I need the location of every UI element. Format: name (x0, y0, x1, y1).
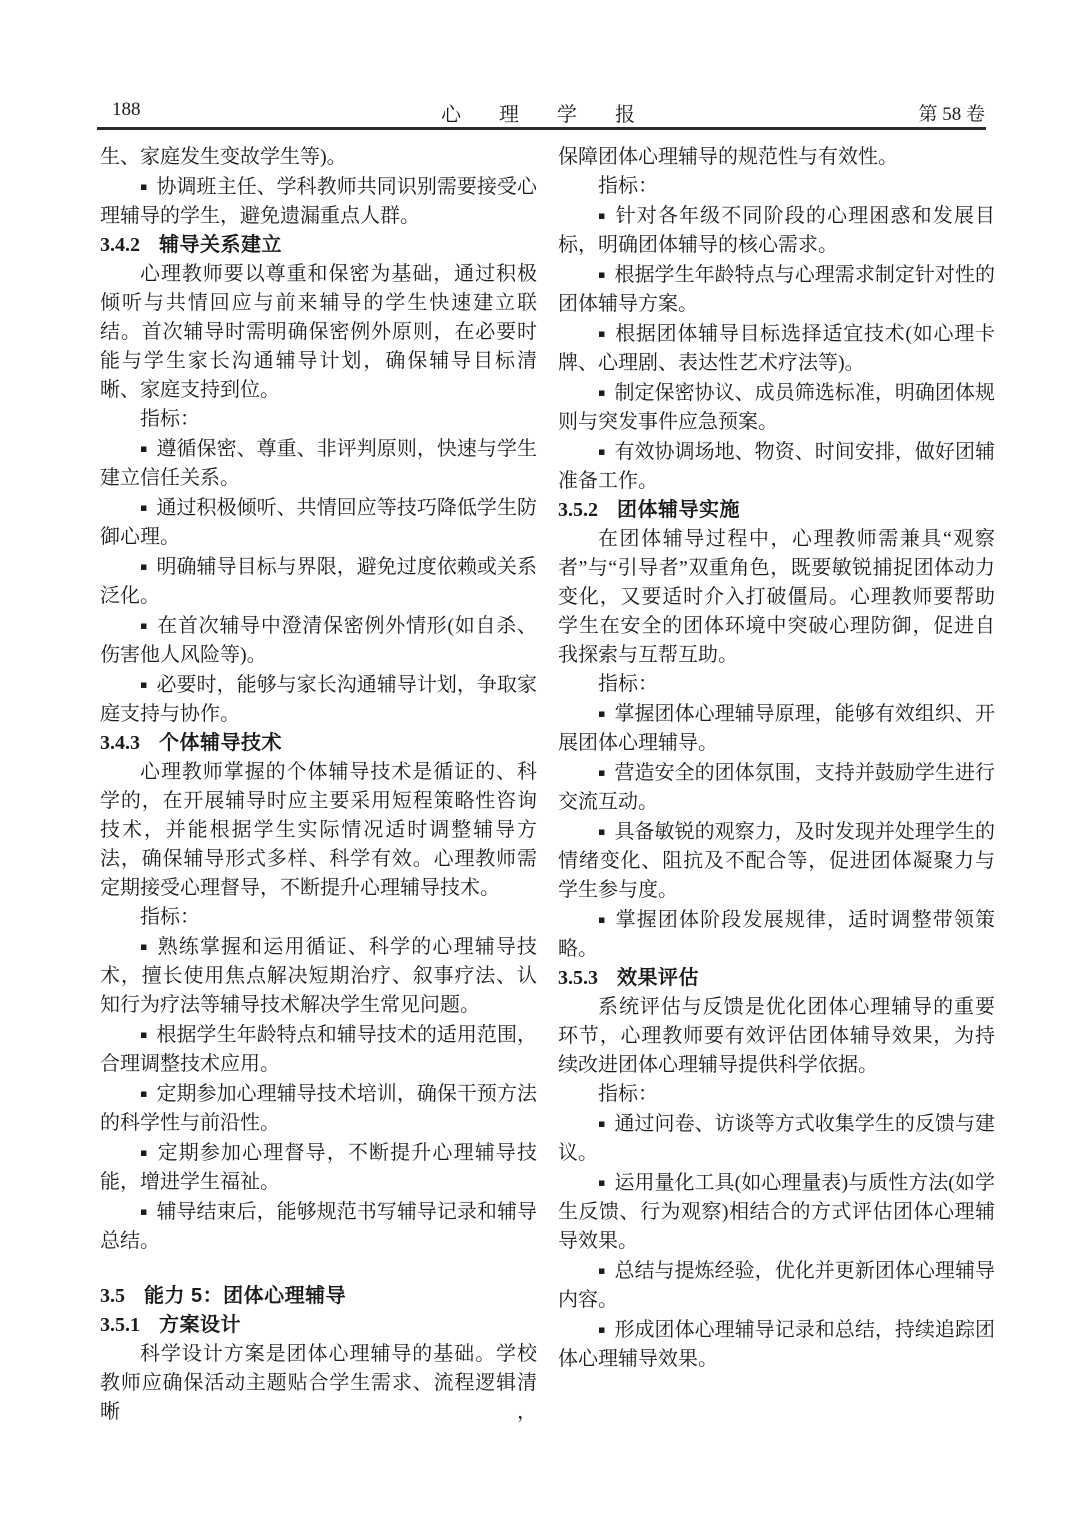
paragraph: 心理教师要以尊重和保密为基础，通过积极倾听与共情回应与前来辅导的学生快速建立联结… (100, 260, 537, 405)
bullet-item: ▪根据学生年龄特点和辅导技术的适用范围，合理调整技术应用。 (100, 1020, 537, 1079)
bullet-icon: ▪ (598, 268, 605, 281)
heading-number: 3.5.2 (558, 499, 598, 521)
bullet-item: ▪通过积极倾听、共情回应等技巧降低学生防御心理。 (100, 493, 537, 552)
bullet-item: ▪明确辅导目标与界限，避免过度依赖或关系泛化。 (100, 552, 537, 611)
journal-title: 心 理 学 报 (441, 98, 644, 127)
bullet-text: 必要时，能够与家长沟通辅导计划，争取家庭支持与协作。 (100, 674, 537, 725)
bullet-icon: ▪ (598, 386, 605, 399)
bullet-item: ▪根据学生年龄特点与心理需求制定针对性的团体辅导方案。 (558, 260, 995, 319)
bullet-text: 掌握团体阶段发展规律，适时调整带领策略。 (558, 909, 995, 960)
bullet-item: ▪针对各年级不同阶段的心理困惑和发展目标，明确团体辅导的核心需求。 (558, 201, 995, 260)
bullet-icon: ▪ (598, 766, 605, 779)
bullet-item: ▪通过问卷、访谈等方式收集学生的反馈与建议。 (558, 1109, 995, 1168)
continuation-paragraph: 生、家庭发生变故学生等)。 (100, 143, 537, 172)
bullet-text: 运用量化工具(如心理量表)与质性方法(如学生反馈、行为观察)相结合的方式评估团体… (558, 1172, 995, 1252)
subsection-heading: 3.5.1方案设计 (100, 1311, 537, 1340)
text-run: 指标： (140, 906, 200, 928)
bullet-icon: ▪ (140, 940, 149, 953)
bullet-text: 根据学生年龄特点和辅导技术的适用范围，合理调整技术应用。 (100, 1024, 537, 1075)
bullet-text: 明确辅导目标与界限，避免过度依赖或关系泛化。 (100, 556, 537, 607)
bullet-item: ▪在首次辅导中澄清保密例外情形(如自杀、伤害他人风险等)。 (100, 611, 537, 670)
bullet-item: ▪根据团体辅导目标选择适宜技术(如心理卡牌、心理剧、表达性艺术疗法等)。 (558, 319, 995, 378)
bullet-icon: ▪ (598, 1117, 605, 1130)
bullet-text: 根据团体辅导目标选择适宜技术(如心理卡牌、心理剧、表达性艺术疗法等)。 (558, 323, 995, 374)
bullet-item: ▪营造安全的团体氛围，支持并鼓励学生进行交流互动。 (558, 758, 995, 817)
bullet-text: 通过问卷、访谈等方式收集学生的反馈与建议。 (558, 1113, 995, 1164)
bullet-item: ▪掌握团体心理辅导原理，能够有效组织、开展团体心理辅导。 (558, 699, 995, 758)
subsection-heading: 3.5.3效果评估 (558, 964, 995, 993)
bullet-icon: ▪ (598, 1176, 605, 1189)
heading-number: 3.5.3 (558, 967, 598, 989)
subsection-heading: 3.4.2辅导关系建立 (100, 231, 537, 260)
bullet-text: 遵循保密、尊重、非评判原则，快速与学生建立信任关系。 (100, 438, 537, 489)
bullet-icon: ▪ (140, 1028, 147, 1041)
bullet-text: 根据学生年龄特点与心理需求制定针对性的团体辅导方案。 (558, 264, 995, 315)
bullet-icon: ▪ (140, 1087, 147, 1100)
heading-title: 个体辅导技术 (159, 732, 282, 754)
bullet-text: 营造安全的团体氛围，支持并鼓励学生进行交流互动。 (558, 762, 995, 813)
bullet-text: 有效协调场地、物资、时间安排，做好团辅准备工作。 (558, 441, 995, 492)
text-run: 指标： (598, 673, 658, 695)
indicators-label: 指标： (558, 670, 995, 699)
heading-number: 3.4.2 (100, 234, 140, 256)
section-heading: 3.5能力 5：团体心理辅导 (100, 1282, 537, 1311)
bullet-item: ▪定期参加心理督导，不断提升心理辅导技能，增进学生福祉。 (100, 1138, 537, 1197)
bullet-text: 定期参加心理辅导技术培训，确保干预方法的科学性与前沿性。 (100, 1083, 537, 1134)
bullet-icon: ▪ (140, 678, 147, 691)
bullet-icon: ▪ (598, 825, 605, 838)
bullet-item: ▪具备敏锐的观察力，及时发现并处理学生的情绪变化、阻抗及不配合等，促进团体凝聚力… (558, 817, 995, 905)
bullet-text: 定期参加心理督导，不断提升心理辅导技能，增进学生福祉。 (100, 1142, 537, 1193)
bullet-text: 协调班主任、学科教师共同识别需要接受心理辅导的学生，避免遗漏重点人群。 (100, 176, 537, 227)
bullet-item: ▪辅导结束后，能够规范书写辅导记录和辅导总结。 (100, 1197, 537, 1256)
bullet-item: ▪形成团体心理辅导记录和总结，持续追踪团体心理辅导效果。 (558, 1315, 995, 1374)
bullet-icon: ▪ (598, 1323, 605, 1336)
paragraph: 在团体辅导过程中，心理教师需兼具“观察者”与“引导者”双重角色，既要敏锐捕捉团体… (558, 525, 995, 670)
bullet-icon: ▪ (598, 913, 607, 926)
text-run: 在团体辅导过程中，心理教师需兼具“观察者”与“引导者”双重角色，既要敏锐捕捉团体… (558, 528, 995, 666)
bullet-text: 形成团体心理辅导记录和总结，持续追踪团体心理辅导效果。 (558, 1319, 995, 1370)
bullet-icon: ▪ (140, 501, 147, 514)
bullet-text: 掌握团体心理辅导原理，能够有效组织、开展团体心理辅导。 (558, 703, 995, 754)
bullet-icon: ▪ (140, 560, 147, 573)
bullet-icon: ▪ (598, 445, 605, 458)
text-run: 生、家庭发生变故学生等)。 (100, 146, 347, 168)
heading-title: 方案设计 (159, 1314, 241, 1336)
bullet-text: 制定保密协议、成员筛选标准，明确团体规则与突发事件应急预案。 (558, 382, 995, 433)
page-header: 188 心 理 学 报 第 58 卷 (100, 97, 985, 123)
text-run: 保障团体心理辅导的规范性与有效性。 (558, 146, 898, 168)
paragraph: 系统评估与反馈是优化团体心理辅导的重要环节，心理教师要有效评估团体辅导效果，为持… (558, 993, 995, 1080)
bullet-item: ▪制定保密协议、成员筛选标准，明确团体规则与突发事件应急预案。 (558, 378, 995, 437)
continuation-paragraph: 保障团体心理辅导的规范性与有效性。 (558, 143, 995, 172)
bullet-icon: ▪ (598, 209, 607, 222)
bullet-icon: ▪ (140, 442, 147, 455)
bullet-item: ▪协调班主任、学科教师共同识别需要接受心理辅导的学生，避免遗漏重点人群。 (100, 172, 537, 231)
heading-title: 辅导关系建立 (159, 234, 282, 256)
indicators-label: 指标： (558, 1080, 995, 1109)
left-column: 生、家庭发生变故学生等)。▪协调班主任、学科教师共同识别需要接受心理辅导的学生，… (100, 143, 537, 1427)
bullet-item: ▪必要时，能够与家长沟通辅导计划，争取家庭支持与协作。 (100, 670, 537, 729)
bullet-item: ▪掌握团体阶段发展规律，适时调整带领策略。 (558, 905, 995, 964)
bullet-text: 总结与提炼经验，优化并更新团体心理辅导内容。 (558, 1260, 995, 1311)
bullet-icon: ▪ (140, 1146, 149, 1159)
bullet-item: ▪熟练掌握和运用循证、科学的心理辅导技术，擅长使用焦点解决短期治疗、叙事疗法、认… (100, 932, 537, 1020)
bullet-item: ▪定期参加心理辅导技术培训，确保干预方法的科学性与前沿性。 (100, 1079, 537, 1138)
text-run: 系统评估与反馈是优化团体心理辅导的重要环节，心理教师要有效评估团体辅导效果，为持… (558, 996, 995, 1076)
bullet-icon: ▪ (598, 1264, 605, 1277)
bullet-icon: ▪ (140, 180, 147, 193)
bullet-icon: ▪ (140, 1205, 147, 1218)
heading-number: 3.4.3 (100, 732, 140, 754)
bullet-icon: ▪ (598, 327, 606, 340)
header-rule (97, 127, 986, 130)
bullet-item: ▪总结与提炼经验，优化并更新团体心理辅导内容。 (558, 1256, 995, 1315)
heading-title: 团体辅导实施 (617, 499, 740, 521)
text-run: 心理教师掌握的个体辅导技术是循证的、科学的，在开展辅导时应主要采用短程策略性咨询… (100, 761, 537, 899)
bullet-text: 具备敏锐的观察力，及时发现并处理学生的情绪变化、阻抗及不配合等，促进团体凝聚力与… (558, 821, 995, 901)
heading-number: 3.5.1 (100, 1314, 140, 1336)
subsection-heading: 3.5.2团体辅导实施 (558, 496, 995, 525)
subsection-heading: 3.4.3个体辅导技术 (100, 729, 537, 758)
bullet-text: 辅导结束后，能够规范书写辅导记录和辅导总结。 (100, 1201, 537, 1252)
text-run: 指标： (140, 408, 200, 430)
paragraph: 心理教师掌握的个体辅导技术是循证的、科学的，在开展辅导时应主要采用短程策略性咨询… (100, 758, 537, 903)
bullet-text: 针对各年级不同阶段的心理困惑和发展目标，明确团体辅导的核心需求。 (558, 205, 995, 256)
indicators-label: 指标： (100, 903, 537, 932)
bullet-text: 在首次辅导中澄清保密例外情形(如自杀、伤害他人风险等)。 (100, 615, 537, 666)
heading-title: 能力 5：团体心理辅导 (144, 1285, 346, 1307)
text-run: 指标： (598, 175, 658, 197)
bullet-text: 熟练掌握和运用循证、科学的心理辅导技术，擅长使用焦点解决短期治疗、叙事疗法、认知… (100, 936, 537, 1016)
right-column: 保障团体心理辅导的规范性与有效性。指标：▪针对各年级不同阶段的心理困惑和发展目标… (558, 143, 995, 1427)
page-number: 188 (112, 99, 141, 121)
bullet-item: ▪运用量化工具(如心理量表)与质性方法(如学生反馈、行为观察)相结合的方式评估团… (558, 1168, 995, 1256)
text-run: 科学设计方案是团体心理辅导的基础。学校教师应确保活动主题贴合学生需求、流程逻辑清… (100, 1343, 537, 1423)
page-content: 生、家庭发生变故学生等)。▪协调班主任、学科教师共同识别需要接受心理辅导的学生，… (100, 143, 995, 1427)
bullet-icon: ▪ (598, 707, 605, 720)
bullet-item: ▪遵循保密、尊重、非评判原则，快速与学生建立信任关系。 (100, 434, 537, 493)
indicators-label: 指标： (100, 405, 537, 434)
text-run: 心理教师要以尊重和保密为基础，通过积极倾听与共情回应与前来辅导的学生快速建立联结… (100, 263, 537, 401)
text-run: 指标： (598, 1083, 658, 1105)
bullet-text: 通过积极倾听、共情回应等技巧降低学生防御心理。 (100, 497, 537, 548)
bullet-item: ▪有效协调场地、物资、时间安排，做好团辅准备工作。 (558, 437, 995, 496)
bullet-icon: ▪ (140, 619, 148, 632)
volume-label: 第 58 卷 (918, 99, 985, 126)
heading-number: 3.5 (100, 1285, 125, 1307)
journal-page: 188 心 理 学 报 第 58 卷 生、家庭发生变故学生等)。▪协调班主任、学… (0, 0, 1080, 1527)
heading-title: 效果评估 (617, 967, 699, 989)
indicators-label: 指标： (558, 172, 995, 201)
paragraph: 科学设计方案是团体心理辅导的基础。学校教师应确保活动主题贴合学生需求、流程逻辑清… (100, 1340, 537, 1427)
